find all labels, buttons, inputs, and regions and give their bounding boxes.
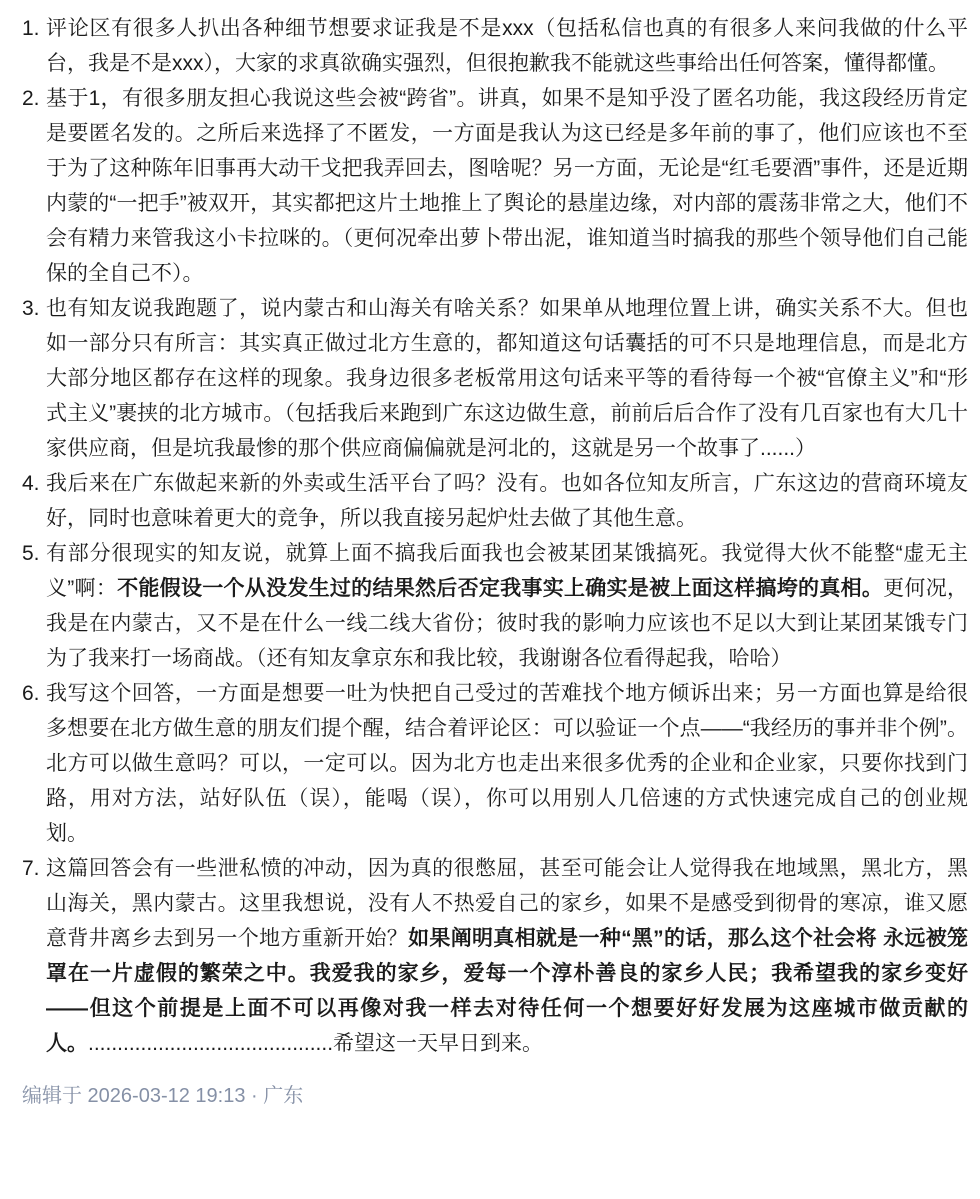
list-item-7: 7. 这篇回答会有一些泄私愤的冲动，因为真的很憋屈，甚至可能会让人觉得我在地域黑… [22,851,968,1061]
text-segment: 也有知友说我跑题了，说内蒙古和山海关有啥关系？如果单从地理位置上讲，确实关系不大… [46,297,968,460]
list-number: 2. [22,81,46,116]
list-item-text: 评论区有很多人扒出各种细节想要求证我是不是xxx（包括私信也真的有很多人来问我做… [46,11,968,81]
list-number: 5. [22,536,46,571]
list-number: 3. [22,291,46,326]
list-item-5: 5. 有部分很现实的知友说，就算上面不搞我后面我也会被某团某饿搞死。我觉得大伙不… [22,536,968,676]
text-segment: 我写这个回答，一方面是想要一吐为快把自己受过的苦难找个地方倾诉出来；另一方面也算… [46,682,968,845]
text-segment: 基于1，有很多朋友担心我说这些会被“跨省”。讲真，如果不是知乎没了匿名功能，我这… [46,87,968,285]
list-number: 1. [22,11,46,46]
list-number: 6. [22,676,46,711]
list-item-text: 有部分很现实的知友说，就算上面不搞我后面我也会被某团某饿搞死。我觉得大伙不能整“… [46,536,968,676]
list-item-text: 我后来在广东做起来新的外卖或生活平台了吗？没有。也如各位知友所言，广东这边的营商… [46,466,968,536]
list-item-text: 这篇回答会有一些泄私愤的冲动，因为真的很憋屈，甚至可能会让人觉得我在地域黑，黑北… [46,851,968,1061]
list-item-4: 4. 我后来在广东做起来新的外卖或生活平台了吗？没有。也如各位知友所言，广东这边… [22,466,968,536]
text-segment: 评论区有很多人扒出各种细节想要求证我是不是xxx（包括私信也真的有很多人来问我做… [46,17,968,75]
answer-content: 1. 评论区有很多人扒出各种细节想要求证我是不是xxx（包括私信也真的有很多人来… [0,0,980,1061]
list-item-text: 也有知友说我跑题了，说内蒙古和山海关有啥关系？如果单从地理位置上讲，确实关系不大… [46,291,968,466]
edit-meta: 编辑于 2026-03-12 19:13 · 广东 [0,1082,980,1110]
list-number: 4. [22,466,46,501]
text-segment: ........................................… [88,1032,543,1055]
text-segment-bold: 不能假设一个从没发生过的结果然后否定我事实上确实是被上面这样搞垮的真相。 [117,577,883,600]
list-item-text: 我写这个回答，一方面是想要一吐为快把自己受过的苦难找个地方倾诉出来；另一方面也算… [46,676,968,851]
text-segment: 我后来在广东做起来新的外卖或生活平台了吗？没有。也如各位知友所言，广东这边的营商… [46,472,968,530]
list-item-6: 6. 我写这个回答，一方面是想要一吐为快把自己受过的苦难找个地方倾诉出来；另一方… [22,676,968,851]
list-item-2: 2. 基于1，有很多朋友担心我说这些会被“跨省”。讲真，如果不是知乎没了匿名功能… [22,81,968,291]
list-number: 7. [22,851,46,886]
list-item-1: 1. 评论区有很多人扒出各种细节想要求证我是不是xxx（包括私信也真的有很多人来… [22,11,968,81]
list-item-text: 基于1，有很多朋友担心我说这些会被“跨省”。讲真，如果不是知乎没了匿名功能，我这… [46,81,968,291]
list-item-3: 3. 也有知友说我跑题了，说内蒙古和山海关有啥关系？如果单从地理位置上讲，确实关… [22,291,968,466]
